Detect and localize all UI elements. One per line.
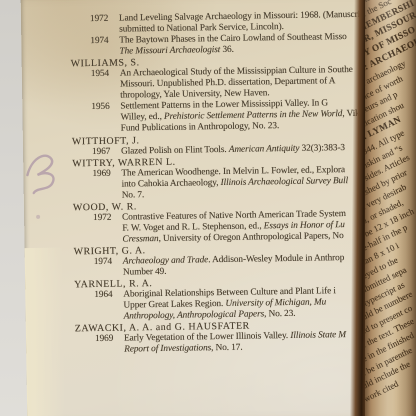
entry-year: 1956 [91, 102, 120, 114]
entry-text: into Cahokia Archaeology, Illinois Archa… [122, 176, 349, 190]
curled-page-text: and theof the SocMEMBERSHIER, MISSOURTY … [365, 0, 416, 410]
entry-year: 1964 [94, 290, 123, 302]
entry-year: 1967 [92, 146, 121, 158]
curled-page: and theof the SocMEMBERSHIER, MISSOURTY … [365, 0, 416, 416]
entry-year: 1969 [92, 168, 121, 180]
entry-year: 1974 [90, 36, 119, 48]
underpage-edge [25, 248, 66, 416]
entry-text: The Missouri Archaeologist 36. [119, 45, 233, 57]
entry-text: Fund Publications in Anthropology, No. 2… [121, 122, 280, 134]
entry-year: 1972 [90, 14, 119, 26]
entry-text: No. 7. [122, 190, 145, 200]
entry-year: 1969 [95, 334, 124, 346]
book-page-photo: 1972Land Leveling Salvage Archaeology in… [0, 0, 416, 416]
entry-text: Anthropology, Anthropological Papers, No… [124, 309, 296, 322]
entry-year: 1954 [91, 69, 120, 81]
entry-year: 1974 [94, 257, 123, 269]
entry-year: 1972 [93, 212, 122, 224]
entry-text: Report of Investigations, No. 17. [124, 343, 242, 355]
entry-text: Cressman, University of Oregon Anthropol… [122, 231, 343, 244]
entry-text: Upper Great Lakes Region. University of … [123, 298, 326, 311]
entry-text: Number 49. [123, 267, 167, 278]
entry-text: Archaeology and Trade. Addison-Wesley Mo… [123, 253, 345, 266]
entry-text: Glazed Polish on Flint Tools. American A… [121, 143, 345, 157]
